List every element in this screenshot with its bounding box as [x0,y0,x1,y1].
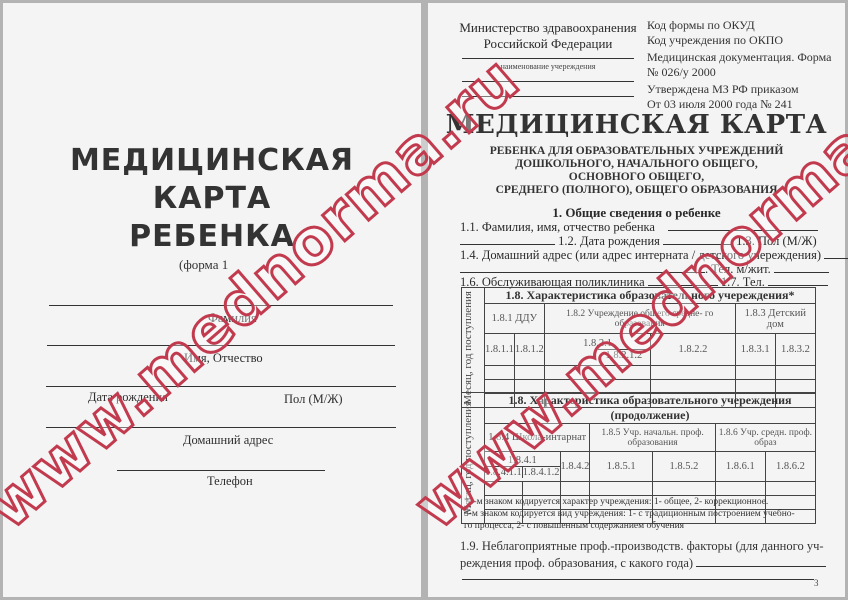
table-cell[interactable] [544,366,651,380]
group-ddu: 1.8.1 ДДУ [485,304,545,334]
field-1-4-input-cont[interactable] [460,261,705,273]
ministry-line-1: Министерство здравоохранения [458,20,638,36]
field-1-5-input[interactable] [774,261,829,273]
table-cell[interactable] [653,482,716,496]
table-cell[interactable] [514,366,544,380]
table-cell[interactable] [775,366,815,380]
cell-1-8-6-2: 1.8.6.2 [765,452,815,482]
cell-1-8-4-1-label: 1.8.4.1 [485,455,560,466]
field-1-9-label-line-1: 1.9. Неблагоприятные проф.-производств. … [460,538,826,555]
med-doc-form: Медицинская документация. Форма [647,50,831,65]
group-secondary-vocational: 1.8.6 Учр. средн. проф. образ [715,424,815,452]
admission-date-label: Месяц, год поступления [462,291,474,405]
table-cell[interactable] [522,482,560,496]
admission-date-column: Месяц, год поступления [462,288,485,408]
sex-label: Пол (М/Ж) [284,392,343,407]
table-cell[interactable] [735,366,775,380]
institution-table-1: Месяц, год поступления 1.8. Характеристи… [461,287,816,408]
cell-1-8-1-2: 1.8.1.2 [514,334,544,366]
main-title: МЕДИЦИНСКАЯ КАРТА [428,110,845,140]
field-1-6-input[interactable] [648,274,718,286]
cell-1-8-2-1: 1.8.2.1 1.8.2.1.2 [544,334,651,366]
form-number: № 026/у 2000 [647,65,831,80]
field-1-9-line [462,579,814,580]
cell-1-8-4-1-1: 1.8.4.1.1 [485,467,523,478]
field-1-2-label: 1.2. Дата рождения [558,234,660,248]
okpo-code: Код учреждения по ОКПО [647,33,831,48]
approved-by: Утверждена МЗ РФ приказом [647,82,831,97]
table-cell[interactable] [651,366,735,380]
table-cell[interactable] [485,366,515,380]
surname-line [49,305,393,306]
institution-line-1 [462,58,634,59]
cover-title-line-2: КАРТА [3,181,421,216]
subtitle-line-3: ОСНОВНОГО ОБЩЕГО, [428,171,845,184]
cell-1-8-6-1: 1.8.6.1 [715,452,765,482]
subtitle-line-4: СРЕДНЕГО (ПОЛНОГО), ОБЩЕГО ОБРАЗОВАНИЯ [428,184,845,197]
form-page: Министерство здравоохранения Российской … [428,3,845,597]
birth-line [46,386,396,387]
subtitle: РЕБЕНКА ДЛЯ ОБРАЗОВАТЕЛЬНЫХ УЧРЕЖДЕНИЙ Д… [428,145,845,197]
group-orphanage: 1.8.3 Детский дом [735,304,815,334]
name-patronymic-label: Имя, Отчество [184,351,263,366]
footnote-2: 5-м знаком кодируется вид учреждения: 1-… [464,508,795,520]
table-cell[interactable] [765,482,815,496]
field-1-9-label-line-2: реждения проф. образования, с какого год… [460,556,693,570]
footnote-3: го процесса, 2- с повышенным содержанием… [464,520,684,532]
footnote-1: *4-м знаком кодируется характер учрежден… [464,496,768,508]
subtitle-line-1: РЕБЕНКА ДЛЯ ОБРАЗОВАТЕЛЬНЫХ УЧРЕЖДЕНИЙ [428,145,845,158]
cell-1-8-5-2: 1.8.5.2 [653,452,716,482]
field-1-2-input[interactable] [663,233,733,245]
cell-1-8-3-1: 1.8.3.1 [735,334,775,366]
ministry-header: Министерство здравоохранения Российской … [458,20,638,52]
field-1-4-label: 1.4. Домашний адрес (или адрес интерната… [460,248,821,262]
subtitle-line-2: ДОШКОЛЬНОГО, НАЧАЛЬНОГО ОБЩЕГО, [428,158,845,171]
group-boarding-school: 1.8.4 Школа-интарнат [485,424,590,452]
ministry-line-2: Российской Федерации [458,36,638,52]
cell-1-8-2-1-label: 1.8.2.1 [545,338,651,349]
address-line [46,427,396,428]
table-cell[interactable] [590,482,653,496]
cell-1-8-4-1: 1.8.4.1 1.8.4.1.1 1.8.4.1.2 [485,452,561,482]
page-number: 3 [814,578,819,588]
field-1-9: 1.9. Неблагоприятные проф.-производств. … [460,538,826,572]
name-line [47,345,395,346]
cell-1-8-4-2: 1.8.4.2 [560,452,590,482]
home-address-label: Домашний адрес [183,433,273,448]
surname-label: Фамилия [208,311,257,326]
okud-code: Код формы по ОКУД [647,18,831,33]
cell-1-8-2-2: 1.8.2.2 [651,334,735,366]
cell-1-8-4-1-2: 1.8.4.1.2 [523,467,560,478]
field-1-1-label: 1.1. Фамилия, имя, отчество ребенка [460,220,655,234]
institution-line-3 [462,96,634,97]
phone-line [117,470,325,471]
group-general-school: 1.8.2 Учреждение общего средне- го образ… [544,304,735,334]
cover-title-line-3: РЕБЕНКА [3,219,421,254]
field-1-1-input-cont[interactable] [460,233,555,245]
group-primary-vocational: 1.8.5 Учр. начальн. проф. образования [590,424,715,452]
cell-1-8-3-2: 1.8.3.2 [775,334,815,366]
cell-1-8-1-1: 1.8.1.1 [485,334,515,366]
field-1-4-input[interactable] [824,247,848,259]
field-1-9-input[interactable] [696,555,826,567]
cover-title-line-1: МЕДИЦИНСКАЯ [3,143,421,178]
field-1-1-input[interactable] [668,219,818,231]
cell-1-8-5-1: 1.8.5.1 [590,452,653,482]
cover-page: МЕДИЦИНСКАЯ КАРТА РЕБЕНКА (форма 1 Фамил… [3,3,421,597]
table-cell[interactable] [485,482,523,496]
field-1-3-label: 1.3. Пол (М/Ж) [736,234,816,248]
table-cell[interactable] [715,482,765,496]
institution-line-2 [462,81,634,82]
birth-date-label: Дата рождения [88,390,168,405]
form-codes: Код формы по ОКУД Код учреждения по ОКПО… [647,18,831,112]
field-1-7-input[interactable] [768,274,828,286]
cell-1-8-2-1-2: 1.8.2.1.2 [598,349,651,361]
institution-caption: наименование учереждения [462,62,634,71]
phone-label: Телефон [207,474,253,489]
table-2-header: 1.8. Характеристика образовательного уче… [485,393,816,424]
cover-form-label: (форма 1 [179,257,228,273]
table-cell[interactable] [560,482,590,496]
table-1-header: 1.8. Характеристика образовательного уче… [485,288,816,304]
